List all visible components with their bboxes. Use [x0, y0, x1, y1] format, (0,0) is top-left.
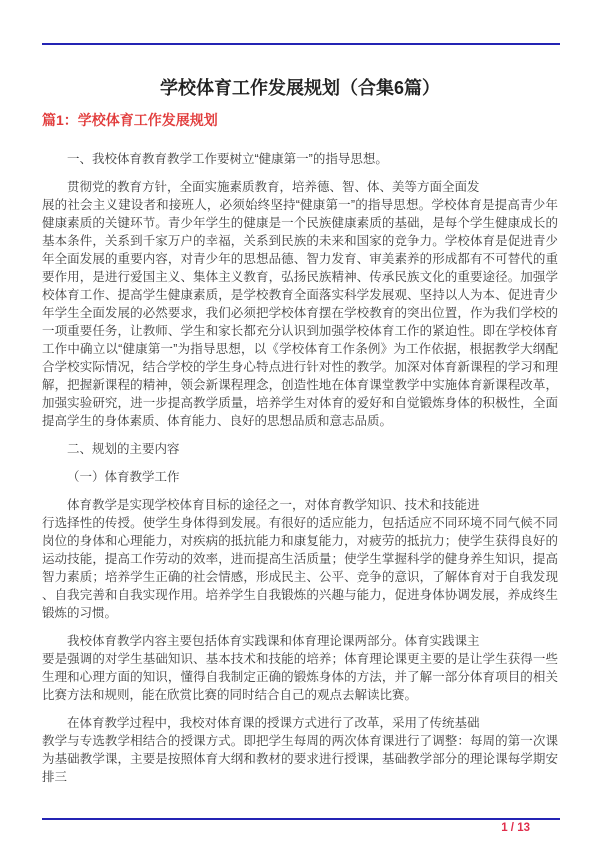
paragraph-pe-teaching-goals: 体育教学是实现学校体育目标的途径之一，对体育教学知识、技术和技能进 行选择性的传… — [42, 496, 558, 622]
paragraph-guiding-ideology-heading: 一、我校体育教育教学工作要树立“健康第一”的指导思想。 — [42, 150, 558, 168]
paragraph-teaching-content: 我校体育教学内容主要包括体育实践课和体育理论课两部分。体育实践课主 要是强调的对… — [42, 632, 558, 704]
top-divider-rule — [42, 43, 560, 45]
page-number: 1 / 13 — [501, 822, 530, 834]
document-title: 学校体育工作发展规划（合集6篇） — [0, 74, 600, 100]
document-body: 一、我校体育教育教学工作要树立“健康第一”的指导思想。 贯彻党的教育方针，全面实… — [42, 150, 558, 796]
paragraph-guiding-ideology-body: 贯彻党的教育方针，全面实施素质教育，培养德、智、体、美等方面全面发 展的社会主义… — [42, 178, 558, 430]
section-1-heading: 篇1：学校体育工作发展规划 — [42, 110, 218, 130]
paragraph-pe-teaching-subheading: （一）体育教学工作 — [42, 468, 558, 486]
bottom-divider-rule — [42, 818, 560, 820]
paragraph-main-content-heading: 二、规划的主要内容 — [42, 440, 558, 458]
document-page: 学校体育工作发展规划（合集6篇） 篇1：学校体育工作发展规划 一、我校体育教育教… — [0, 0, 600, 849]
paragraph-teaching-reform: 在体育教学过程中，我校对体育课的授课方式进行了改革，采用了传统基础 教学与专选教… — [42, 714, 558, 786]
